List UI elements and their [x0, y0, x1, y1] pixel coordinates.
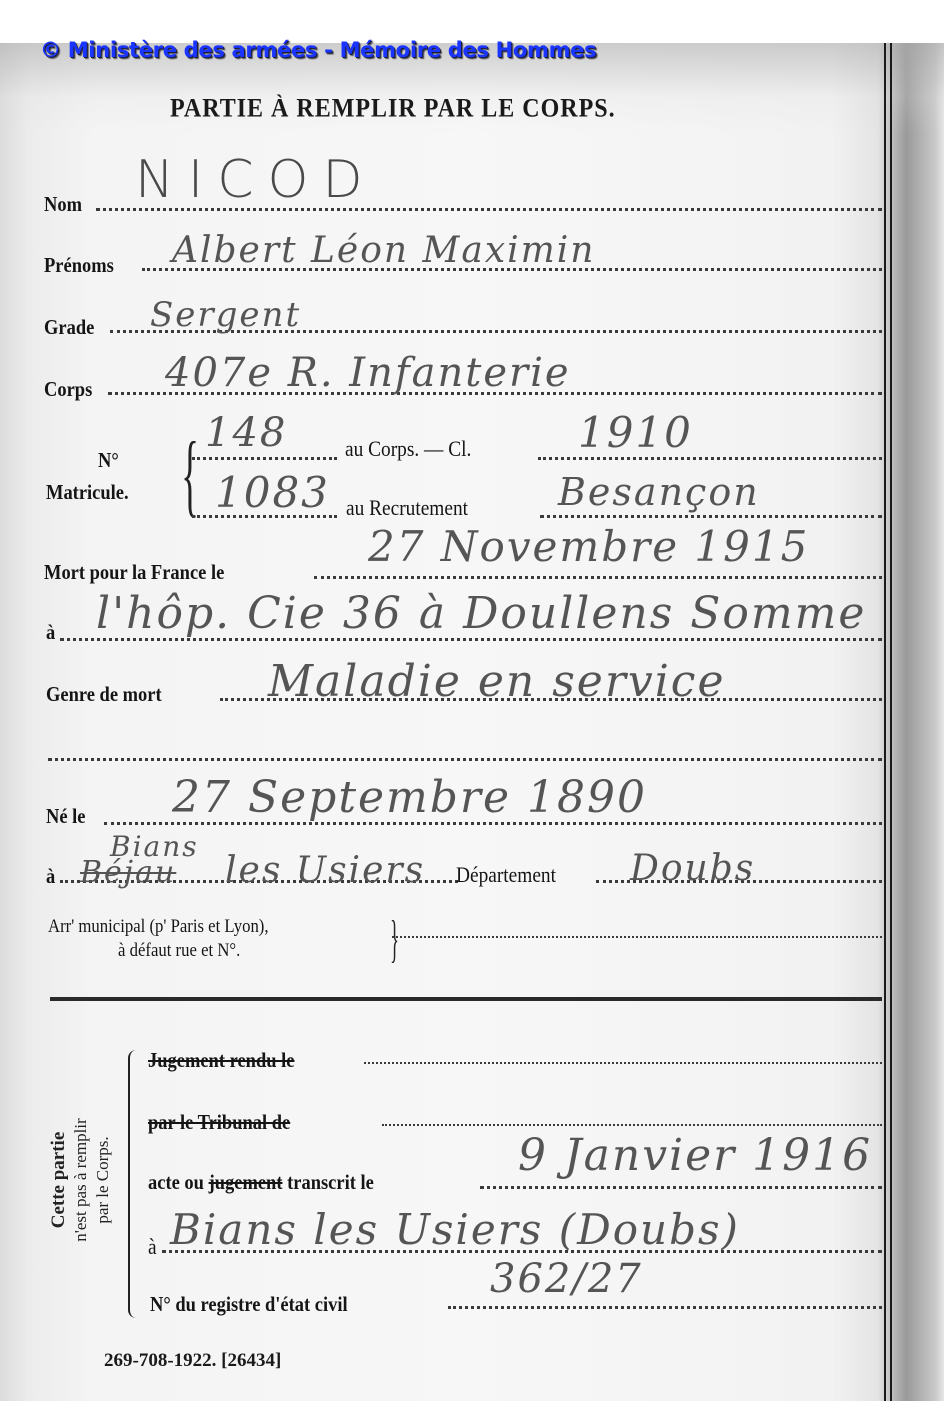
transcrit-dotted-line	[480, 1186, 882, 1189]
transcrit-label-prefix: acte ou	[148, 1170, 204, 1194]
recrutement-place: Besançon	[558, 470, 760, 514]
arrondissement-label-line1: Arr' municipal (p' Paris et Lyon),	[48, 916, 269, 938]
grade-value: Sergent	[150, 295, 301, 335]
matricule-corps-dotted-line	[192, 457, 337, 460]
copyright-watermark: © Ministère des armées - Mémoire des Hom…	[40, 38, 596, 62]
grade-label: Grade	[44, 315, 94, 340]
classe-dotted-line	[538, 457, 882, 460]
matricule-corps-number: 148	[205, 410, 287, 456]
form-reference-number: 269-708-1922. [26434]	[104, 1350, 281, 1372]
ne-le-label: Né le	[46, 804, 86, 829]
ne-a-value: les Usiers	[225, 850, 425, 891]
mort-a-label: à	[46, 620, 55, 645]
side-note-brace	[128, 1050, 136, 1318]
matricule-label: Matricule.	[46, 480, 129, 505]
registre-dotted-line	[448, 1306, 882, 1309]
transcrit-a-label: à	[148, 1234, 157, 1260]
matricule-recrutement-suffix: au Recrutement	[346, 495, 468, 521]
departement-label: Département	[456, 862, 556, 888]
ne-a-struck-value: Béjau	[80, 855, 176, 890]
binding-line	[890, 43, 892, 1401]
mort-le-dotted-line	[314, 576, 882, 579]
registre-value: 362/27	[490, 1256, 643, 1302]
mort-le-label: Mort pour la France le	[44, 560, 224, 585]
recrutement-dotted-line	[540, 515, 882, 518]
side-note: Cette partie n'est pas à remplir par le …	[48, 1070, 114, 1290]
nom-label: Nom	[44, 192, 82, 217]
departement-value: Doubs	[630, 848, 755, 889]
transcrit-value: 9 Janvier 1916	[518, 1130, 872, 1181]
genre-mort-value: Maladie en service	[268, 656, 725, 707]
transcrit-label-suffix: transcrit le	[287, 1170, 374, 1194]
matricule-label-no: N°	[98, 448, 119, 473]
arrondissement-label-line2: à défaut rue et N°.	[118, 940, 240, 962]
corps-value: 407e R. Infanterie	[165, 350, 571, 396]
section-divider	[50, 997, 882, 1001]
binding-line	[884, 43, 886, 1401]
transcrit-label: acte ou jugement transcrit le	[148, 1170, 374, 1195]
tribunal-dotted-line	[382, 1124, 882, 1126]
classe-value: 1910	[578, 408, 693, 457]
matricule-corps-suffix: au Corps. — Cl.	[345, 436, 471, 462]
registre-label: N° du registre d'état civil	[150, 1292, 348, 1317]
ne-le-value: 27 Septembre 1890	[172, 772, 647, 823]
corps-label: Corps	[44, 377, 92, 402]
tribunal-label: par le Tribunal de	[148, 1110, 290, 1135]
side-note-line3: par le Corps.	[92, 1070, 114, 1290]
transcrit-label-struck: jugement	[209, 1170, 283, 1194]
side-note-line1: Cette partie	[48, 1070, 70, 1290]
ne-a-label: à	[46, 864, 55, 889]
prenoms-label: Prénoms	[44, 253, 114, 278]
arrondissement-dotted-line	[392, 936, 882, 938]
blank-dotted-line	[48, 758, 882, 761]
form-title: PARTIE À REMPLIR PAR LE CORPS.	[170, 95, 616, 125]
genre-mort-label: Genre de mort	[46, 682, 162, 707]
prenoms-value: Albert Léon Maximin	[172, 230, 595, 271]
matricule-brace: {	[181, 428, 199, 520]
jugement-rendu-dotted-line	[364, 1062, 882, 1064]
arrondissement-brace: }	[390, 914, 399, 966]
transcrit-a-value: Bians les Usiers (Doubs)	[170, 1205, 740, 1254]
mort-a-value: l'hôp. Cie 36 à Doullens Somme	[96, 588, 866, 639]
jugement-rendu-label: Jugement rendu le	[148, 1048, 294, 1073]
matricule-recrutement-number: 1083	[215, 468, 330, 517]
nom-value: NICOD	[135, 150, 377, 210]
side-note-line2: n'est pas à remplir	[70, 1070, 92, 1290]
mort-le-value: 27 Novembre 1915	[368, 522, 809, 571]
